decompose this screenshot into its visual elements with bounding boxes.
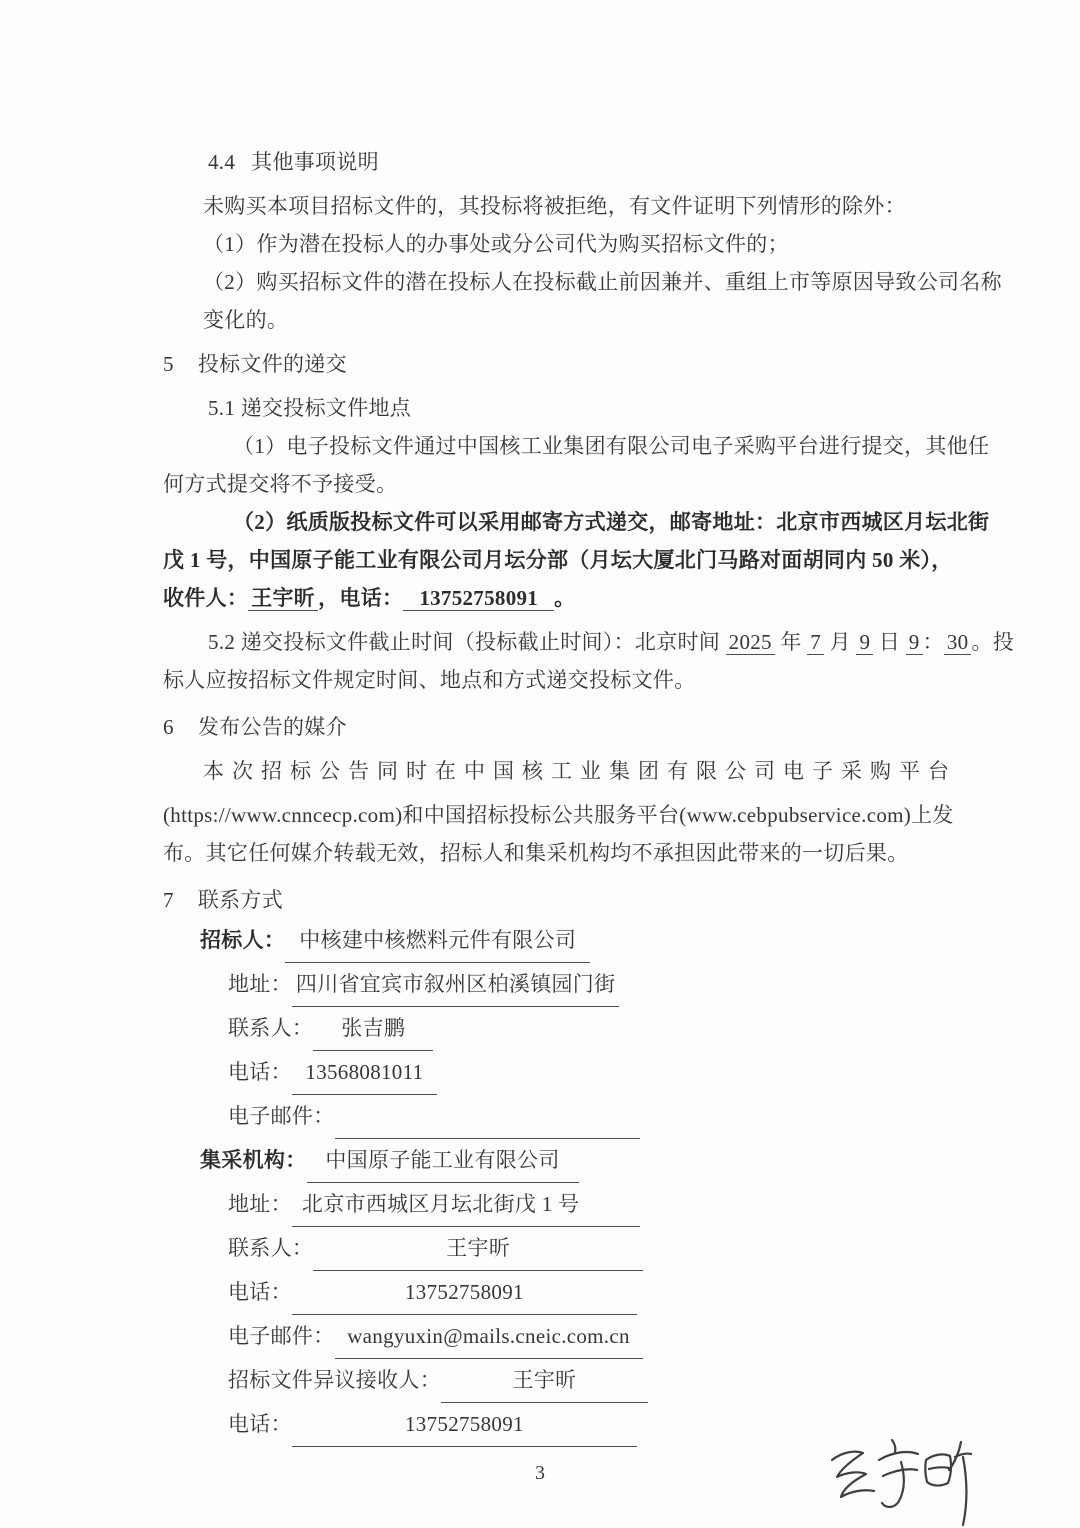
section-4-4-title: 其他事项说明	[251, 150, 379, 174]
recipient-name: 王宇昕	[248, 586, 318, 611]
section-6-heading: 6发布公告的媒介	[163, 708, 925, 746]
objection-receiver-row: 招标文件异议接收人：王宇昕	[228, 1359, 925, 1403]
month-unit: 月	[824, 630, 856, 654]
tenderer-contact-row: 联系人：张吉鹏	[228, 1007, 925, 1051]
deadline-prefix: 5.2 递交投标文件截止时间（投标截止时间）：北京时间	[208, 630, 726, 654]
agency-name-row: 集采机构：中国原子能工业有限公司	[200, 1139, 925, 1183]
section-7-heading: 7联系方式	[163, 881, 925, 919]
s51-item-2-line-3: 收件人：王宇昕，电话：13752758091。	[163, 579, 925, 617]
deadline-minute: 30	[944, 630, 972, 655]
deadline-hour: 9	[906, 630, 923, 655]
section-4-4-number: 4.4	[208, 143, 235, 181]
tenderer-email-row: 电子邮件：	[228, 1095, 925, 1139]
section-5-1-heading: 5.1 递交投标文件地点	[208, 389, 925, 427]
signature-strokes	[822, 1430, 972, 1528]
s44-item-2-line-2: 变化的。	[203, 301, 925, 339]
deadline-year: 2025	[726, 630, 775, 655]
agency-contact-label: 联系人：	[228, 1236, 313, 1260]
document-page: 4.4其他事项说明 未购买本项目招标文件的，其投标将被拒绝，有文件证明下列情形的…	[0, 0, 1080, 1528]
recipient-mid: ，电话：	[318, 586, 403, 610]
agency-phone2: 13752758091	[292, 1403, 637, 1447]
s51-item-1-line-2: 何方式提交将不予接受。	[163, 465, 925, 503]
tenderer-label: 招标人：	[200, 928, 285, 952]
tenderer-phone: 13568081011	[292, 1051, 437, 1095]
section-6-number: 6	[163, 708, 174, 746]
s6-line-3: 布。其它任何媒介转载无效，招标人和集采机构均不承担因此带来的一切后果。	[163, 834, 925, 872]
section-5-2-line-2: 标人应按招标文件规定时间、地点和方式递交投标文件。	[163, 661, 925, 699]
year-unit: 年	[775, 630, 807, 654]
tenderer-email-label: 电子邮件：	[228, 1104, 335, 1128]
agency-email: wangyuxin@mails.cneic.com.cn	[335, 1315, 643, 1359]
section-6-title: 发布公告的媒介	[198, 715, 347, 739]
objection-receiver-label: 招标文件异议接收人：	[228, 1368, 441, 1392]
agency-phone2-row: 电话：13752758091	[228, 1403, 925, 1447]
tenderer-contact-label: 联系人：	[228, 1016, 313, 1040]
section-5-title: 投标文件的递交	[198, 352, 347, 376]
agency-address-row: 地址：北京市西城区月坛北街戊 1 号	[228, 1183, 925, 1227]
section-5-heading: 5投标文件的递交	[163, 345, 925, 383]
agency-name: 中国原子能工业有限公司	[307, 1139, 579, 1183]
agency-email-row: 电子邮件：wangyuxin@mails.cneic.com.cn	[228, 1315, 925, 1359]
deadline-suffix: 。投	[971, 630, 1014, 654]
deadline-month: 7	[807, 630, 824, 655]
agency-phone2-label: 电话：	[228, 1412, 292, 1436]
s6-line-2: (https://www.cnncecp.com)和中国招标投标公共服务平台(w…	[163, 796, 925, 834]
page-content: 4.4其他事项说明 未购买本项目招标文件的，其投标将被拒绝，有文件证明下列情形的…	[163, 143, 925, 1447]
s44-item-2-line-1: （2）购买招标文件的潜在投标人在投标截止前因兼并、重组上市等原因导致公司名称	[203, 263, 925, 301]
agency-phone-label: 电话：	[228, 1280, 292, 1304]
section-4-4-heading: 4.4其他事项说明	[208, 143, 925, 181]
tenderer-address: 四川省宜宾市叙州区柏溪镇园门街	[292, 963, 620, 1007]
agency-email-label: 电子邮件：	[228, 1324, 335, 1348]
tenderer-phone-label: 电话：	[228, 1060, 292, 1084]
tenderer-name: 中核建中核燃料元件有限公司	[285, 919, 590, 963]
agency-phone: 13752758091	[292, 1271, 637, 1315]
section-7-title: 联系方式	[198, 888, 283, 912]
day-unit: 日	[873, 630, 905, 654]
agency-address-label: 地址：	[228, 1192, 292, 1216]
objection-receiver: 王宇昕	[441, 1359, 648, 1403]
section-5-2-line-1: 5.2 递交投标文件截止时间（投标截止时间）：北京时间 2025 年 7 月 9…	[208, 623, 925, 661]
tenderer-address-label: 地址：	[228, 972, 292, 996]
s51-item-2-line-2: 戊 1 号，中国原子能工业有限公司月坛分部（月坛大厦北门马路对面胡同内 50 米…	[163, 541, 925, 579]
deadline-day: 9	[856, 630, 873, 655]
tenderer-name-row: 招标人：中核建中核燃料元件有限公司	[200, 919, 925, 963]
section-7-number: 7	[163, 881, 174, 919]
agency-contact: 王宇昕	[313, 1227, 643, 1271]
tenderer-email	[335, 1095, 640, 1139]
recipient-end: 。	[554, 586, 575, 610]
tenderer-phone-row: 电话：13568081011	[228, 1051, 925, 1095]
s51-item-2-line-1: （2）纸质版投标文件可以采用邮寄方式递交，邮寄地址：北京市西城区月坛北街	[233, 503, 925, 541]
s6-line-1: 本次招标公告同时在中国核工业集团有限公司电子采购平台	[203, 752, 925, 790]
s51-item-1-line-1: （1）电子投标文件通过中国核工业集团有限公司电子采购平台进行提交，其他任	[233, 427, 925, 465]
time-colon: ：	[923, 630, 944, 654]
agency-address: 北京市西城区月坛北街戊 1 号	[292, 1183, 640, 1227]
handwritten-signature	[822, 1430, 972, 1528]
agency-contact-row: 联系人：王宇昕	[228, 1227, 925, 1271]
section-5-number: 5	[163, 345, 174, 383]
s44-item-1: （1）作为潜在投标人的办事处或分公司代为购买招标文件的；	[203, 225, 925, 263]
s44-intro: 未购买本项目招标文件的，其投标将被拒绝，有文件证明下列情形的除外：	[203, 187, 925, 225]
recipient-prefix: 收件人：	[163, 586, 248, 610]
tenderer-contact: 张吉鹏	[313, 1007, 433, 1051]
agency-phone-row: 电话：13752758091	[228, 1271, 925, 1315]
recipient-phone: 13752758091	[403, 586, 554, 611]
agency-label: 集采机构：	[200, 1148, 307, 1172]
tenderer-address-row: 地址：四川省宜宾市叙州区柏溪镇园门街	[228, 963, 925, 1007]
